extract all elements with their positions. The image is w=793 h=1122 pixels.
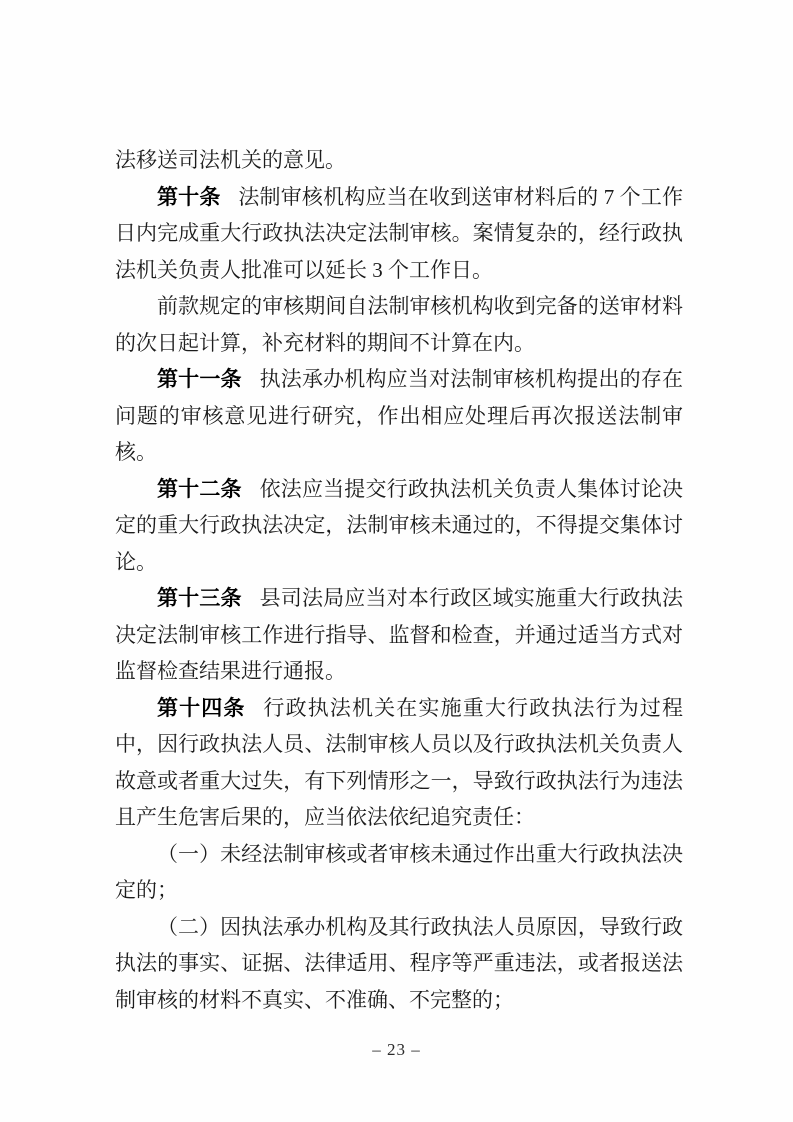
paragraph: 第十三条县司法局应当对本行政区域实施重大行政执法决定法制审核工作进行指导、监督和… xyxy=(115,580,683,690)
paragraph: 第十一条执法承办机构应当对法制审核机构提出的存在问题的审核意见进行研究，作出相应… xyxy=(115,361,683,471)
article-number: 第十条 xyxy=(157,185,221,209)
paragraph: 第十四条行政执法机关在实施重大行政执法行为过程中，因行政执法人员、法制审核人员以… xyxy=(115,690,683,836)
paragraph-text: （二）因执法承办机构及其行政执法人员原因，导致行政执法的事实、证据、法律适用、程… xyxy=(115,915,683,1012)
document-page: 法移送司法机关的意见。 第十条法制审核机构应当在收到送审材料后的 7 个工作日内… xyxy=(0,0,793,1122)
paragraph: 前款规定的审核期间自法制审核机构收到完备的送审材料的次日起计算，补充材料的期间不… xyxy=(115,288,683,361)
paragraph: （二）因执法承办机构及其行政执法人员原因，导致行政执法的事实、证据、法律适用、程… xyxy=(115,909,683,1019)
article-number: 第十二条 xyxy=(157,477,242,501)
paragraph-text: 法移送司法机关的意见。 xyxy=(115,148,346,172)
document-body: 法移送司法机关的意见。 第十条法制审核机构应当在收到送审材料后的 7 个工作日内… xyxy=(115,142,683,1018)
paragraph: 第十二条依法应当提交行政执法机关负责人集体讨论决定的重大行政执法决定，法制审核未… xyxy=(115,471,683,581)
paragraph-text: （一）未经法制审核或者审核未通过作出重大行政执法决定的； xyxy=(115,842,683,903)
paragraph: 法移送司法机关的意见。 xyxy=(115,142,683,179)
article-number: 第十三条 xyxy=(157,586,242,610)
paragraph-text: 前款规定的审核期间自法制审核机构收到完备的送审材料的次日起计算，补充材料的期间不… xyxy=(115,294,683,355)
paragraph: （一）未经法制审核或者审核未通过作出重大行政执法决定的； xyxy=(115,836,683,909)
paragraph: 第十条法制审核机构应当在收到送审材料后的 7 个工作日内完成重大行政执法决定法制… xyxy=(115,179,683,289)
page-number: – 23 – xyxy=(372,1040,421,1059)
article-number: 第十一条 xyxy=(157,367,242,391)
article-number: 第十四条 xyxy=(157,696,246,720)
page-footer: – 23 – xyxy=(0,1040,793,1060)
